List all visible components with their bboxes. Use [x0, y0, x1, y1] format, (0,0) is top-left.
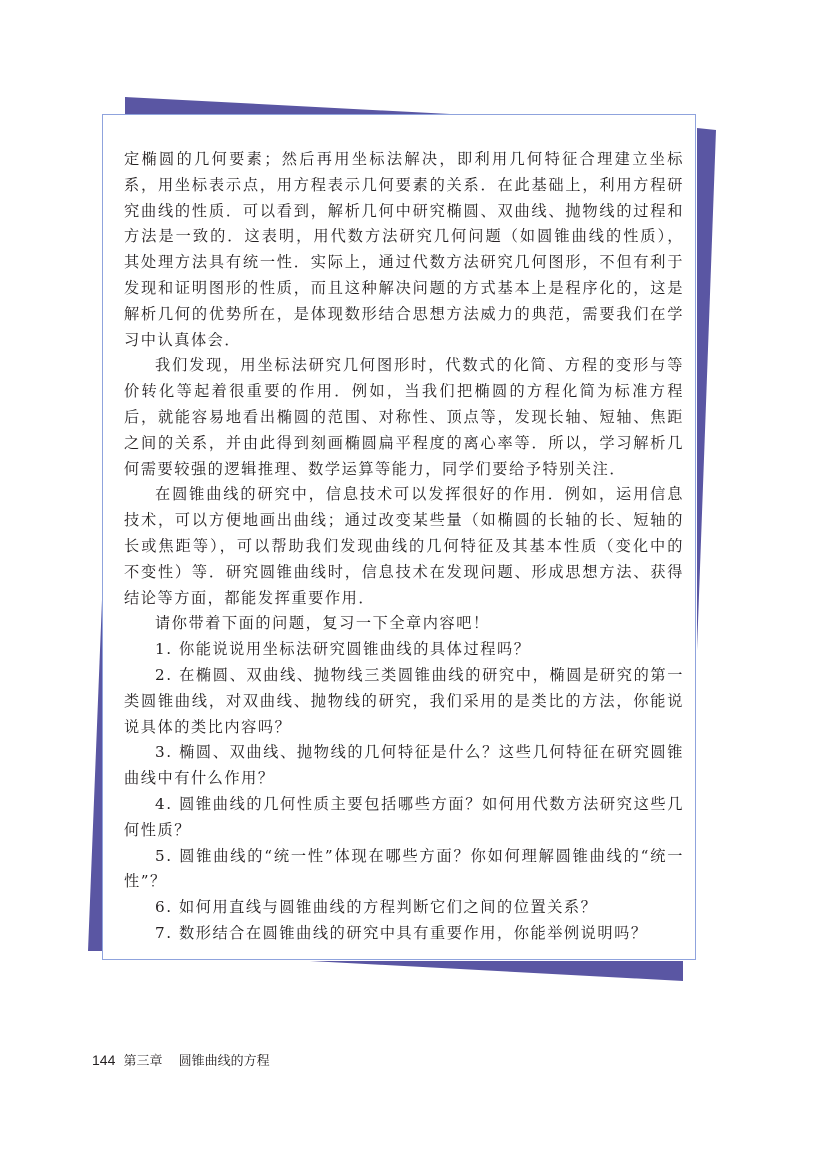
question-3: 3. 椭圆、双曲线、抛物线的几何特征是什么？这些几何特征在研究圆锥曲线中有什么作…	[124, 740, 684, 792]
paragraph-3: 在圆锥曲线的研究中，信息技术可以发挥很好的作用．例如，运用信息技术，可以方便地画…	[124, 482, 684, 611]
card-content: 定椭圆的几何要素；然后再用坐标法解决，即利用几何特征合理建立坐标系，用坐标表示点…	[124, 147, 684, 947]
question-7: 7. 数形结合在圆锥曲线的研究中具有重要作用，你能举例说明吗？	[124, 921, 684, 947]
question-1: 1. 你能说说用坐标法研究圆锥曲线的具体过程吗？	[124, 637, 684, 663]
question-5: 5. 圆锥曲线的“统一性”体现在哪些方面？你如何理解圆锥曲线的“统一性”？	[124, 844, 684, 896]
chapter-label: 第三章	[124, 1054, 163, 1069]
page-footer: 144 第三章 圆锥曲线的方程	[92, 1050, 270, 1069]
page-number: 144	[92, 1052, 115, 1068]
right-accent-bar	[697, 128, 716, 650]
bottom-accent-bar	[310, 961, 683, 981]
chapter-title: 圆锥曲线的方程	[179, 1054, 270, 1069]
paragraph-1: 定椭圆的几何要素；然后再用坐标法解决，即利用几何特征合理建立坐标系，用坐标表示点…	[124, 147, 684, 353]
left-accent-bar	[88, 600, 102, 951]
question-6: 6. 如何用直线与圆锥曲线的方程判断它们之间的位置关系？	[124, 895, 684, 921]
review-prompt: 请你带着下面的问题，复习一下全章内容吧！	[124, 611, 684, 637]
question-2: 2. 在椭圆、双曲线、抛物线三类圆锥曲线的研究中，椭圆是研究的第一类圆锥曲线，对…	[124, 663, 684, 740]
top-accent-bar	[125, 97, 450, 114]
paragraph-2: 我们发现，用坐标法研究几何图形时，代数式的化简、方程的变形与等价转化等起着很重要…	[124, 353, 684, 482]
question-4: 4. 圆锥曲线的几何性质主要包括哪些方面？如何用代数方法研究这些几何性质？	[124, 792, 684, 844]
